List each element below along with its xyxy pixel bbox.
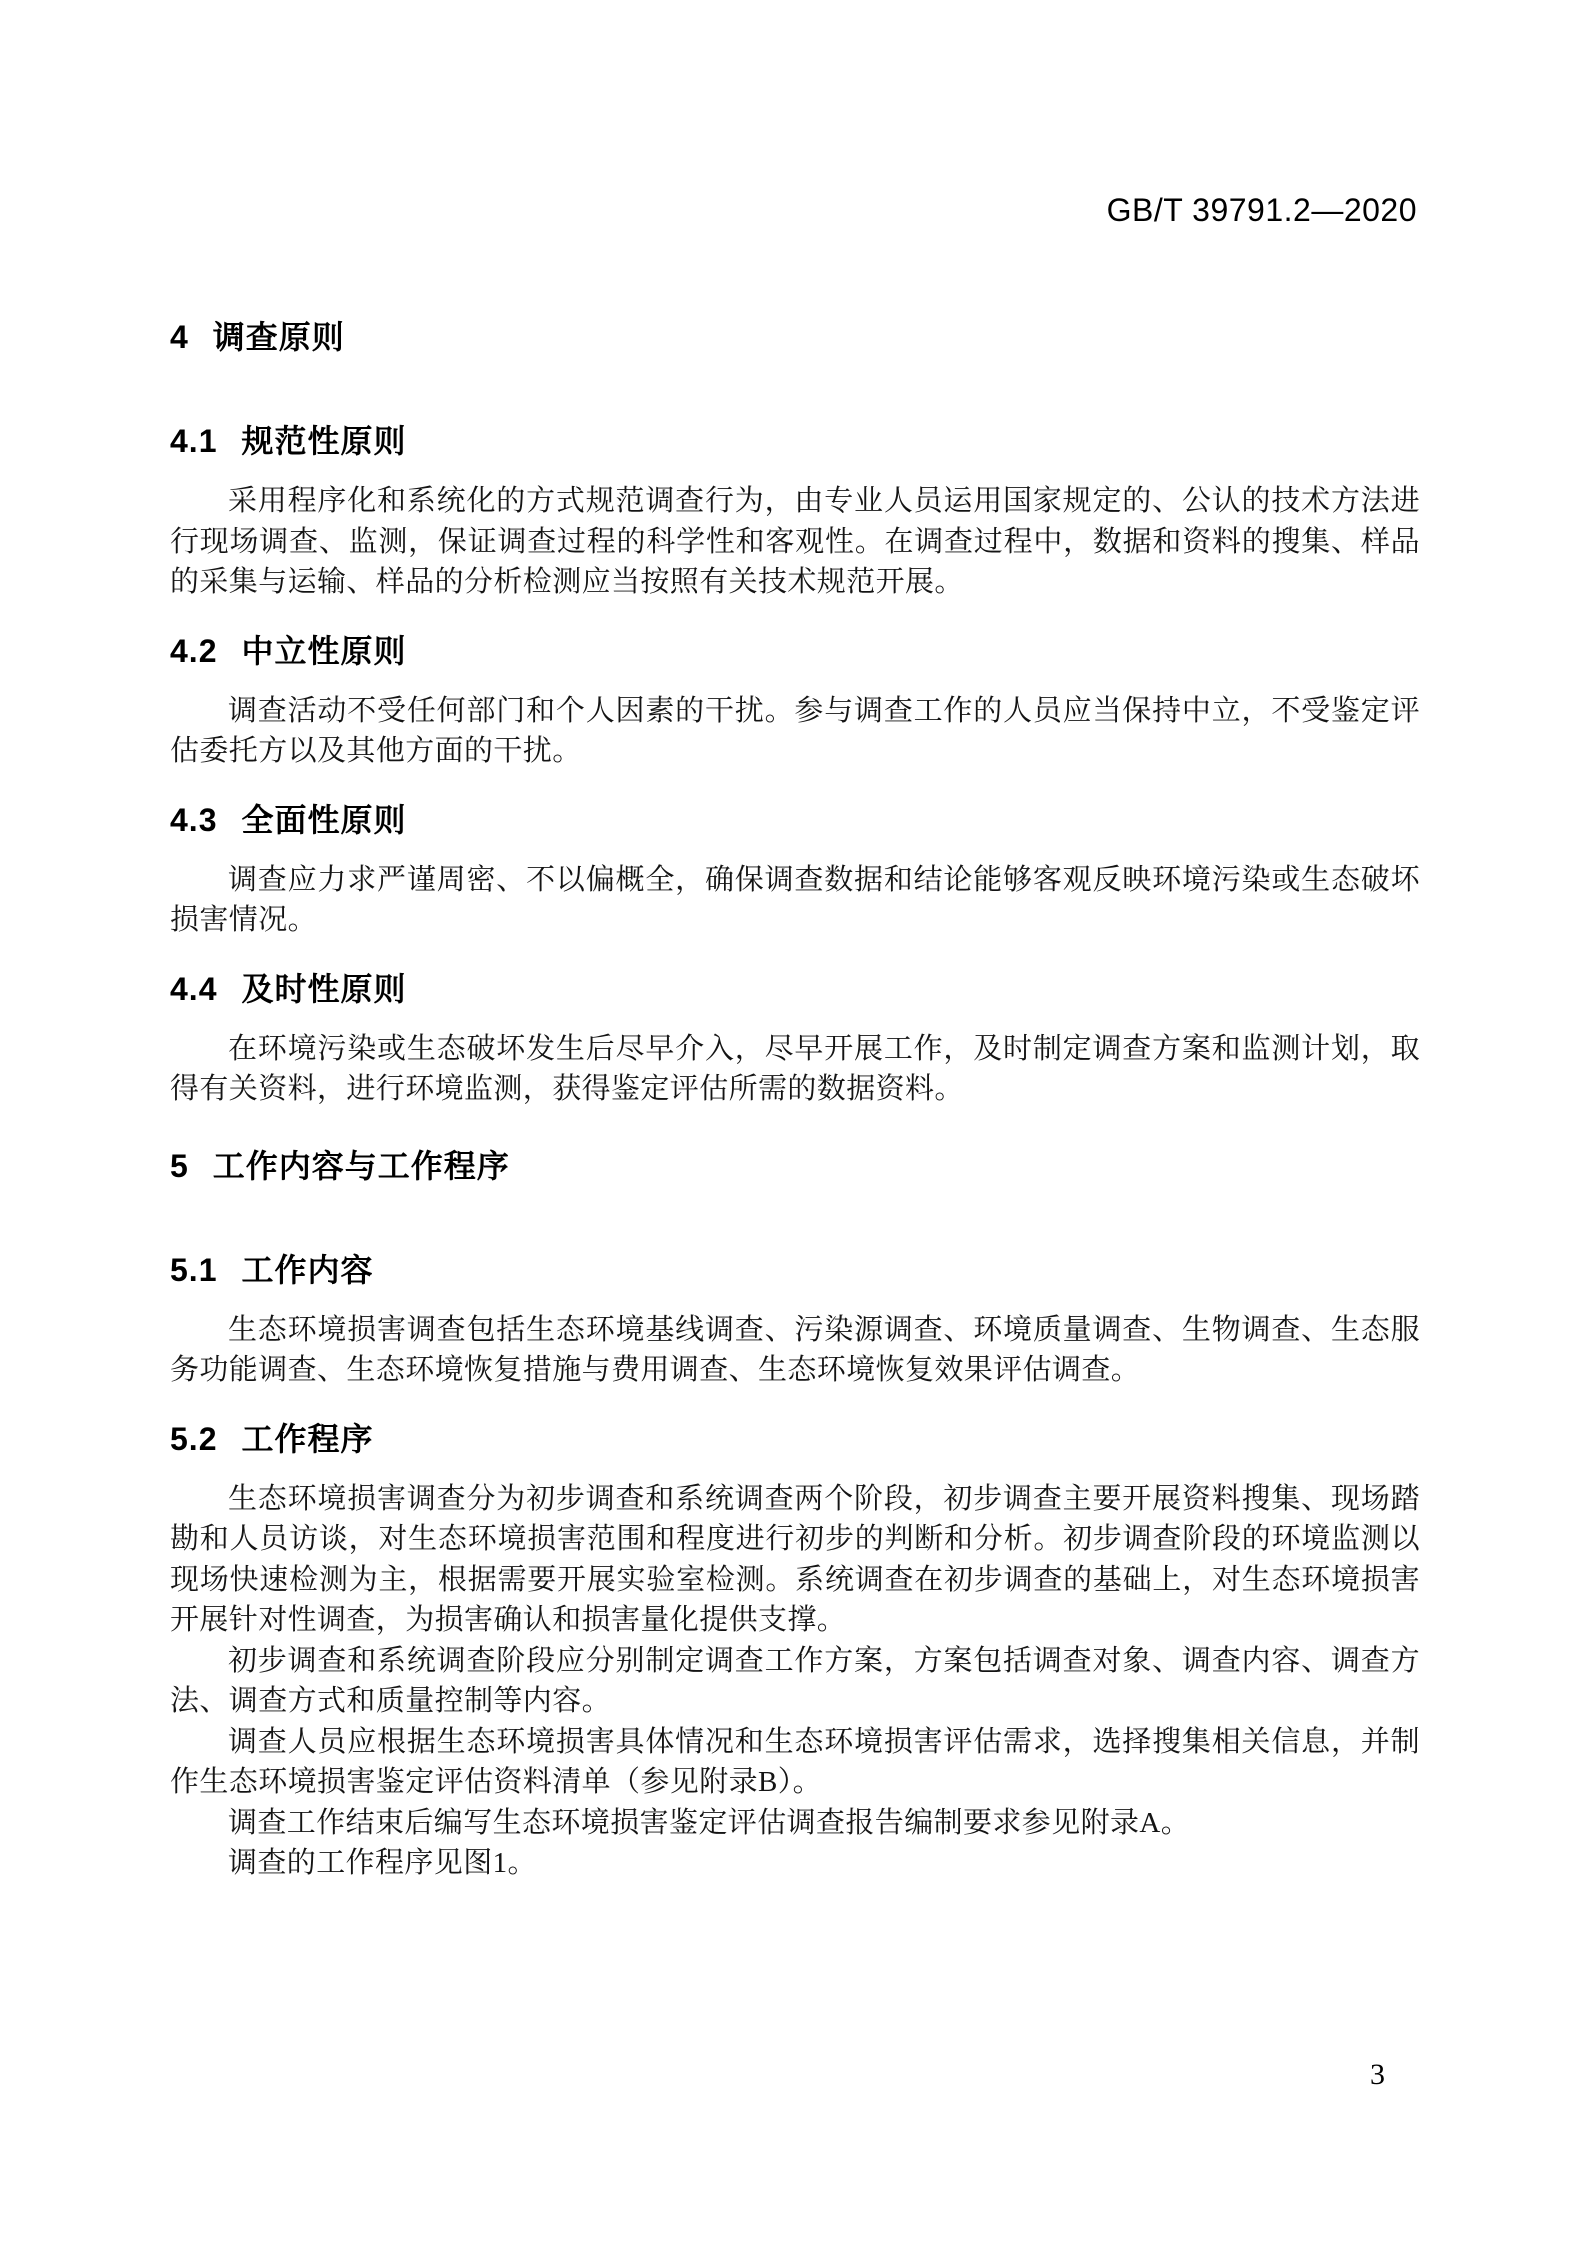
clause-title: 工作内容: [241, 1252, 373, 1288]
paragraph: 调查的工作程序见图1。: [170, 1843, 1420, 1884]
paragraph: 调查活动不受任何部门和个人因素的干扰。参与调查工作的人员应当保持中立，不受鉴定评…: [170, 691, 1420, 772]
clause-number: 4.2: [170, 629, 217, 673]
clause-title: 规范性原则: [241, 423, 406, 459]
chapter-number: 5: [170, 1144, 189, 1188]
document-body: 4调查原则 4.1规范性原则 采用程序化和系统化的方式规范调查行为，由专业人员运…: [170, 315, 1420, 1884]
document-page: GB/T 39791.2—2020 4调查原则 4.1规范性原则 采用程序化和系…: [0, 0, 1588, 2245]
clause-title: 工作程序: [241, 1421, 373, 1457]
clause-number: 4.1: [170, 419, 217, 463]
clause-heading-4-4: 4.4及时性原则: [170, 967, 1420, 1011]
chapter-heading-4: 4调查原则: [170, 315, 1420, 359]
paragraph: 采用程序化和系统化的方式规范调查行为，由专业人员运用国家规定的、公认的技术方法进…: [170, 481, 1420, 603]
paragraph: 生态环境损害调查包括生态环境基线调查、污染源调查、环境质量调查、生物调查、生态服…: [170, 1310, 1420, 1391]
clause-heading-5-1: 5.1工作内容: [170, 1248, 1420, 1292]
paragraph: 调查应力求严谨周密、不以偏概全，确保调查数据和结论能够客观反映环境污染或生态破坏…: [170, 860, 1420, 941]
chapter-heading-5: 5工作内容与工作程序: [170, 1144, 1420, 1188]
clause-title: 全面性原则: [241, 802, 406, 838]
paragraph: 初步调查和系统调查阶段应分别制定调查工作方案，方案包括调查对象、调查内容、调查方…: [170, 1641, 1420, 1722]
clause-heading-4-2: 4.2中立性原则: [170, 629, 1420, 673]
clause-title: 及时性原则: [241, 971, 406, 1007]
paragraph: 调查人员应根据生态环境损害具体情况和生态环境损害评估需求，选择搜集相关信息，并制…: [170, 1722, 1420, 1803]
standard-number-header: GB/T 39791.2—2020: [1107, 192, 1417, 229]
clause-number: 4.4: [170, 967, 217, 1011]
page-number: 3: [1370, 2058, 1385, 2092]
clause-number: 5.2: [170, 1417, 217, 1461]
clause-number: 5.1: [170, 1248, 217, 1292]
paragraph: 在环境污染或生态破坏发生后尽早介入，尽早开展工作，及时制定调查方案和监测计划，取…: [170, 1029, 1420, 1110]
clause-number: 4.3: [170, 798, 217, 842]
chapter-title: 调查原则: [213, 319, 345, 355]
chapter-number: 4: [170, 315, 189, 359]
paragraph: 生态环境损害调查分为初步调查和系统调查两个阶段，初步调查主要开展资料搜集、现场踏…: [170, 1479, 1420, 1641]
chapter-title: 工作内容与工作程序: [213, 1148, 510, 1184]
clause-heading-4-1: 4.1规范性原则: [170, 419, 1420, 463]
paragraph: 调查工作结束后编写生态环境损害鉴定评估调查报告编制要求参见附录A。: [170, 1803, 1420, 1844]
clause-heading-5-2: 5.2工作程序: [170, 1417, 1420, 1461]
clause-heading-4-3: 4.3全面性原则: [170, 798, 1420, 842]
clause-title: 中立性原则: [241, 633, 406, 669]
